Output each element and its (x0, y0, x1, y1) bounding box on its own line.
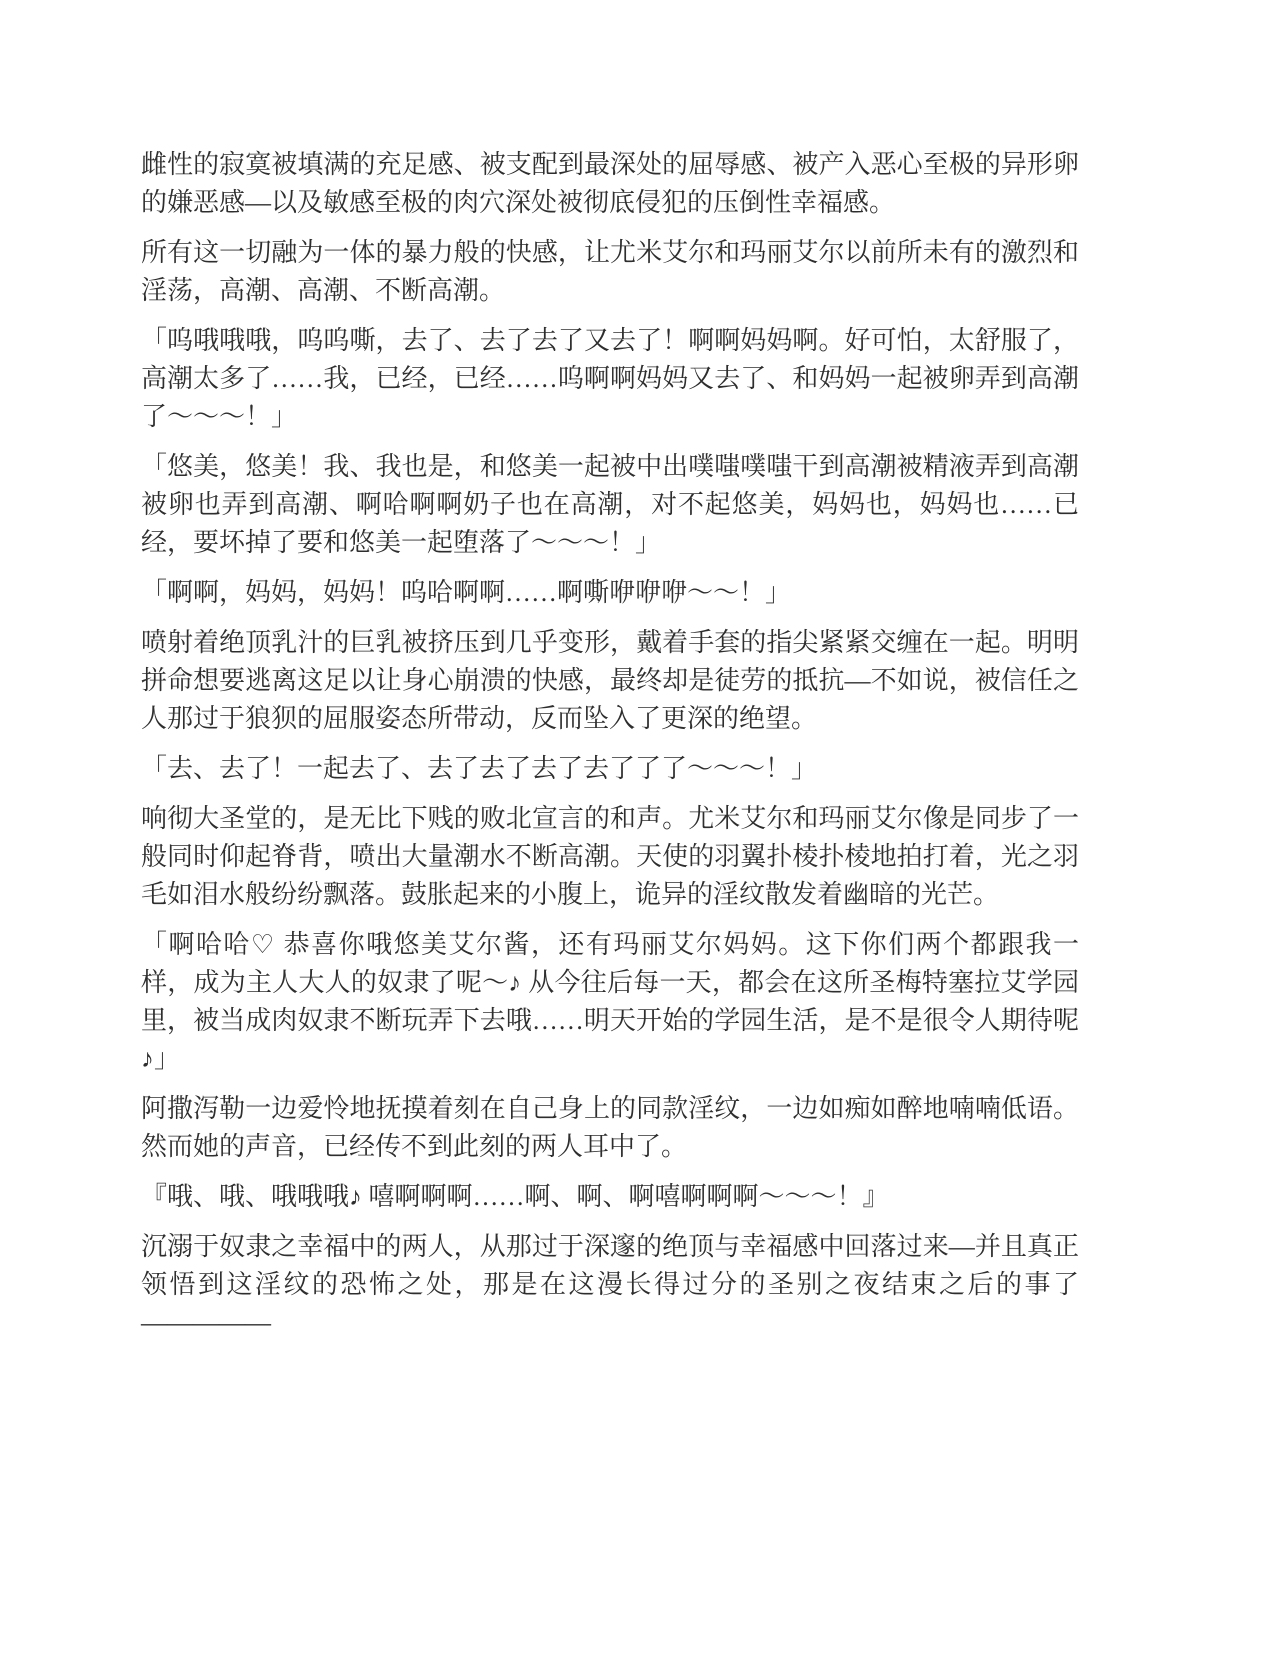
paragraph: 喷射着绝顶乳汁的巨乳被挤压到几乎变形，戴着手套的指尖紧紧交缠在一起。明明拼命想要… (141, 624, 1079, 738)
text-content: 雌性的寂寞被填满的充足感、被支配到最深处的屈辱感、被产入恶心至极的异形卵的嫌恶感… (141, 146, 1079, 1354)
paragraph: 「去、去了！一起去了、去了去了去了去了了了～～～！」 (141, 750, 1079, 788)
document-page: 雌性的寂寞被填满的充足感、被支配到最深处的屈辱感、被产入恶心至极的异形卵的嫌恶感… (0, 0, 1280, 1656)
paragraph: 「啊啊，妈妈，妈妈！呜哈啊啊……啊嘶咿咿咿～～！」 (141, 574, 1079, 612)
paragraph: 『哦、哦、哦哦哦♪ 嘻啊啊啊……啊、啊、啊嘻啊啊啊～～～！』 (141, 1178, 1079, 1216)
paragraph: 所有这一切融为一体的暴力般的快感，让尤米艾尔和玛丽艾尔以前所未有的激烈和淫荡，高… (141, 234, 1079, 310)
paragraph: 响彻大圣堂的，是无比下贱的败北宣言的和声。尤米艾尔和玛丽艾尔像是同步了一般同时仰… (141, 800, 1079, 914)
paragraph: 沉溺于奴隶之幸福中的两人，从那过于深邃的绝顶与幸福感中回落过来—并且真正领悟到这… (141, 1228, 1079, 1342)
paragraph: 「呜哦哦哦，呜呜嘶，去了、去了去了又去了！啊啊妈妈啊。好可怕，太舒服了，高潮太多… (141, 322, 1079, 436)
paragraph: 「悠美，悠美！我、我也是，和悠美一起被中出噗嗤噗嗤干到高潮被精液弄到高潮被卵也弄… (141, 448, 1079, 562)
paragraph: 阿撒泻勒一边爱怜地抚摸着刻在自己身上的同款淫纹，一边如痴如醉地喃喃低语。然而她的… (141, 1090, 1079, 1166)
paragraph: 「啊哈哈♡ 恭喜你哦悠美艾尔酱，还有玛丽艾尔妈妈。这下你们两个都跟我一样，成为主… (141, 926, 1079, 1078)
paragraph: 雌性的寂寞被填满的充足感、被支配到最深处的屈辱感、被产入恶心至极的异形卵的嫌恶感… (141, 146, 1079, 222)
